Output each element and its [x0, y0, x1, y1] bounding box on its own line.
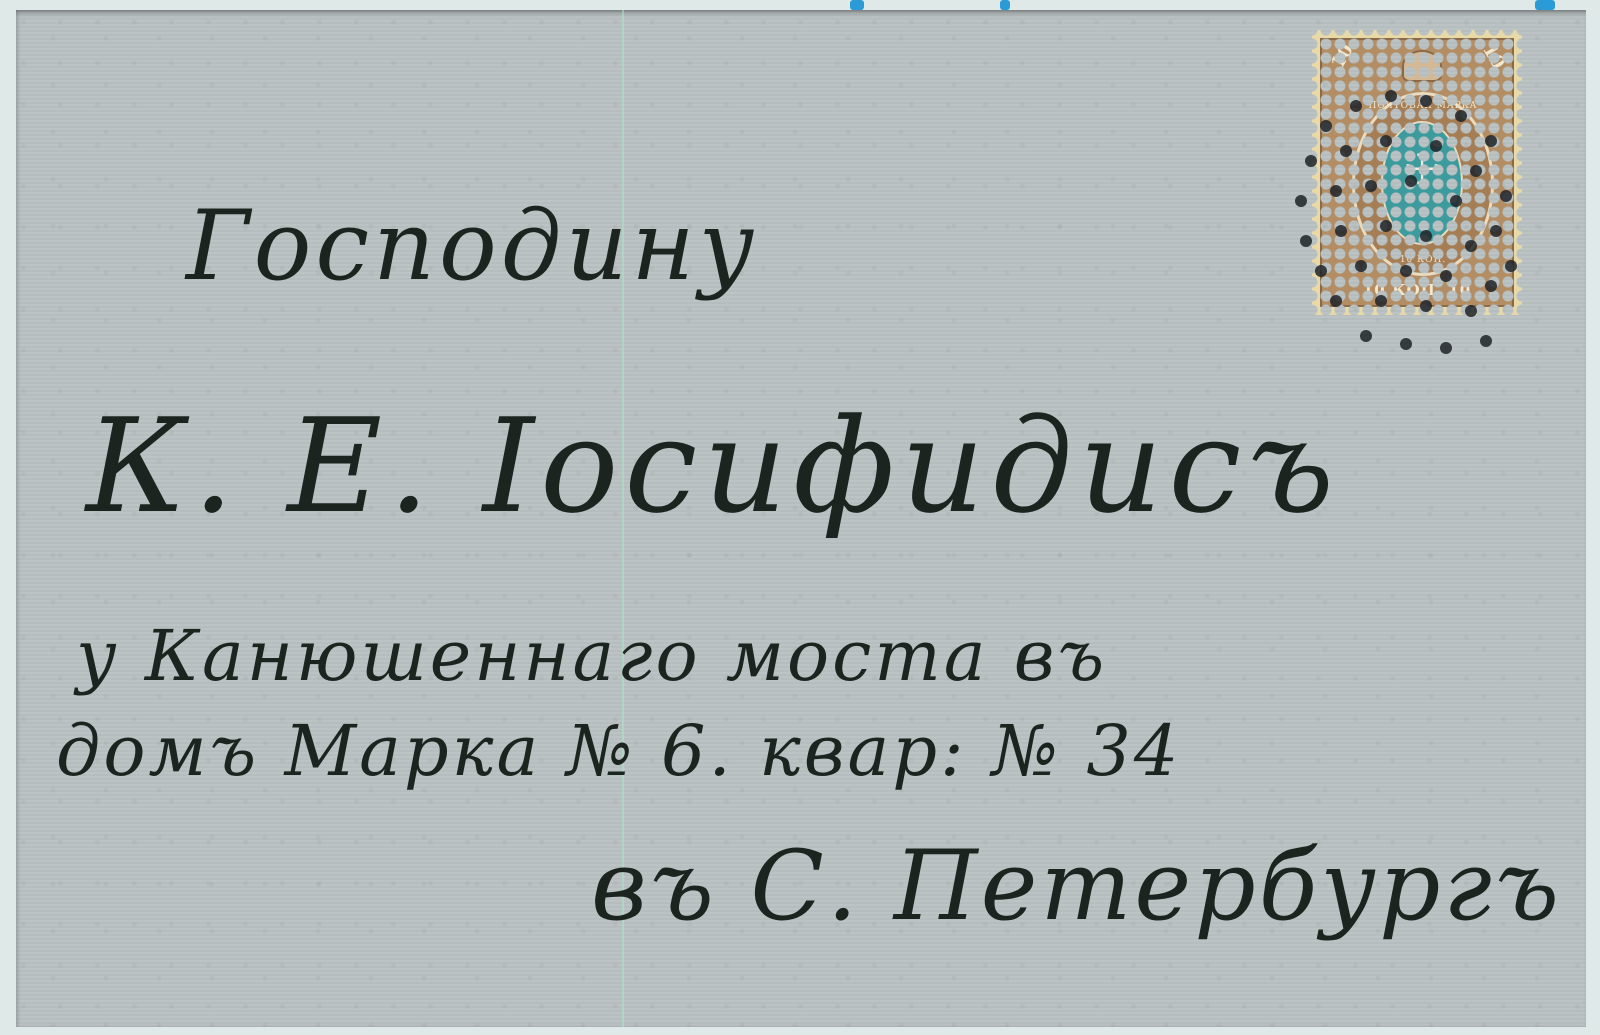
stamp-denomination: 10 КОП. 10: [1322, 281, 1512, 299]
blue-ink-mark: [850, 0, 864, 10]
stamp-corner-value: 10: [1478, 40, 1509, 72]
stamp-frame: 10 10 ПОЧТОВАЯ МАРКА ☩ 10 КОП. 10 КОП. 1…: [1320, 38, 1514, 307]
address-line-1: у Канюшеннаго моста въ: [76, 615, 1107, 697]
salutation-line: Господину: [186, 190, 758, 302]
address-line-2: домъ Марка № 6. квар: № 34: [56, 710, 1181, 792]
recipient-name-line: К. Е. Іосифидисъ: [86, 390, 1340, 542]
blue-ink-mark: [1000, 0, 1010, 10]
crown-icon: [1402, 50, 1442, 82]
postage-stamp: 10 10 ПОЧТОВАЯ МАРКА ☩ 10 КОП. 10 КОП. 1…: [1312, 30, 1522, 315]
city-line: въ С. Петербургъ: [591, 830, 1562, 942]
double-headed-eagle-icon: ☩: [1395, 149, 1449, 191]
stamp-ring-text: ПОЧТОВАЯ МАРКА: [1355, 101, 1491, 111]
stamp-oval-center: ☩: [1381, 121, 1463, 245]
stamp-ring-text-bottom: 10 КОП.: [1355, 255, 1491, 265]
blue-ink-mark: [1535, 0, 1555, 10]
stamp-corner-value: 10: [1327, 40, 1358, 72]
stamp-oval-ring: ПОЧТОВАЯ МАРКА ☩ 10 КОП.: [1352, 92, 1494, 276]
